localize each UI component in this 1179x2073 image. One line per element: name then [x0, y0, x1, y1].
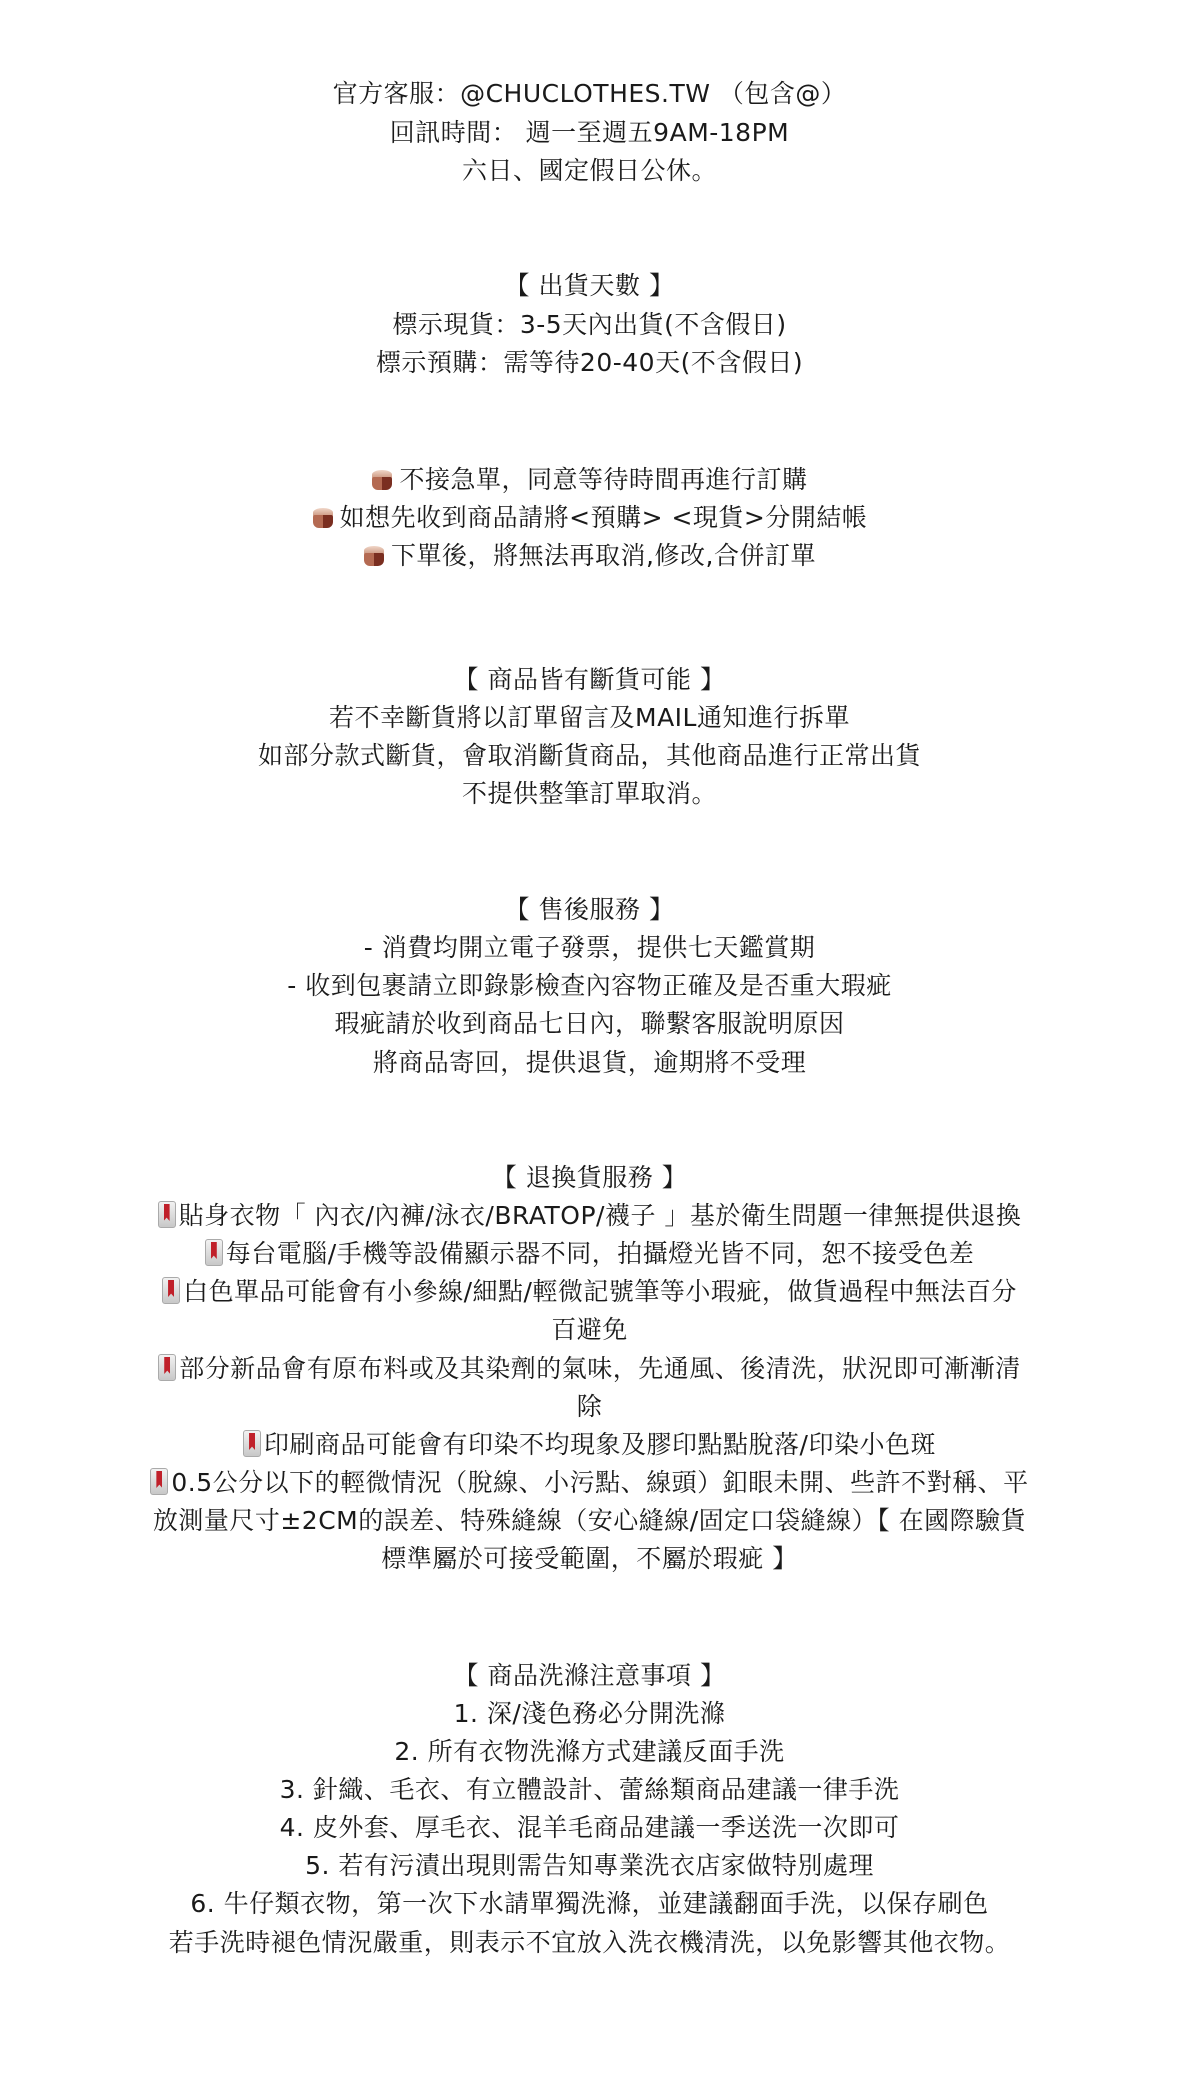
washing-line: 5. 若有污漬出現則需告知專業洗衣店家做特別處理 [0, 1848, 1179, 1884]
after-sales-title: 【 售後服務 】 [0, 892, 1179, 928]
stockout-line: 不提供整筆訂單取消。 [0, 776, 1179, 812]
washing-title: 【 商品洗滌注意事項 】 [0, 1658, 1179, 1694]
after-sales-line: 將商品寄回，提供退貨，逾期將不受理 [0, 1045, 1179, 1081]
package-icon [371, 469, 393, 491]
returns-line: 部分新品會有原布料或及其染劑的氣味，先通風、後清洗，狀況即可漸漸清 [0, 1351, 1179, 1387]
returns-line: 除 [0, 1389, 1179, 1425]
washing-line: 若手洗時褪色情況嚴重，則表示不宜放入洗衣機清洗，以免影響其他衣物。 [0, 1925, 1179, 1961]
bookmark-icon [158, 1201, 176, 1228]
package-icon [363, 545, 385, 567]
returns-line: 標準屬於可接受範圍，不屬於瑕疵 】 [0, 1541, 1179, 1577]
stockout-line: 若不幸斷貨將以訂單留言及MAIL通知進行拆單 [0, 700, 1179, 736]
bookmark-icon [158, 1354, 176, 1381]
washing-line: 1. 深/淺色務必分開洗滌 [0, 1696, 1179, 1732]
returns-title: 【 退換貨服務 】 [0, 1160, 1179, 1196]
after-sales-line: - 消費均開立電子發票，提供七天鑑賞期 [0, 930, 1179, 966]
returns-line: 0.5公分以下的輕微情況（脫線、小污點、線頭）釦眼未開、些許不對稱、平 [0, 1465, 1179, 1501]
shipping-preorder: 標示預購：需等待20-40天(不含假日) [0, 345, 1179, 381]
bookmark-icon [205, 1239, 223, 1266]
returns-line: 貼身衣物「 內衣/內褲/泳衣/BRATOP/襪子 」基於衛生問題一律無提供退換 [0, 1198, 1179, 1234]
shipping-in-stock: 標示現貨：3-5天內出貨(不含假日) [0, 307, 1179, 343]
after-sales-line: - 收到包裹請立即錄影檢查內容物正確及是否重大瑕疵 [0, 968, 1179, 1004]
returns-line: 百避免 [0, 1312, 1179, 1348]
order-note-1: 不接急單，同意等待時間再進行訂購 [0, 462, 1179, 498]
washing-line: 6. 牛仔類衣物，第一次下水請單獨洗滌，並建議翻面手洗，以保存刷色 [0, 1886, 1179, 1922]
order-note-3: 下單後，將無法再取消,修改,合併訂單 [0, 538, 1179, 574]
returns-line: 每台電腦/手機等設備顯示器不同，拍攝燈光皆不同，恕不接受色差 [0, 1236, 1179, 1272]
stockout-title: 【 商品皆有斷貨可能 】 [0, 662, 1179, 698]
bookmark-icon [150, 1468, 168, 1495]
order-note-2: 如想先收到商品請將<預購> <現貨>分開結帳 [0, 500, 1179, 536]
bookmark-icon [162, 1277, 180, 1304]
returns-line: 白色單品可能會有小參線/細點/輕微記號筆等小瑕疵，做貨過程中無法百分 [0, 1274, 1179, 1310]
holiday-notice: 六日、國定假日公休。 [0, 153, 1179, 189]
washing-line: 2. 所有衣物洗滌方式建議反面手洗 [0, 1734, 1179, 1770]
shipping-title: 【 出貨天數 】 [0, 268, 1179, 304]
stockout-line: 如部分款式斷貨，會取消斷貨商品，其他商品進行正常出貨 [0, 738, 1179, 774]
washing-line: 3. 針織、毛衣、有立體設計、蕾絲類商品建議一律手洗 [0, 1772, 1179, 1808]
returns-line: 印刷商品可能會有印染不均現象及膠印點點脫落/印染小色斑 [0, 1427, 1179, 1463]
after-sales-line: 瑕疵請於收到商品七日內，聯繫客服說明原因 [0, 1006, 1179, 1042]
washing-line: 4. 皮外套、厚毛衣、混羊毛商品建議一季送洗一次即可 [0, 1810, 1179, 1846]
returns-line: 放測量尺寸±2CM的誤差、特殊縫線（安心縫線/固定口袋縫線）【 在國際驗貨 [0, 1503, 1179, 1539]
reply-hours: 回訊時間： 週一至週五9AM-18PM [0, 115, 1179, 151]
contact-handle: 官方客服：@CHUCLOTHES.TW （包含@） [0, 76, 1179, 112]
bookmark-icon [243, 1430, 261, 1457]
package-icon [312, 507, 334, 529]
